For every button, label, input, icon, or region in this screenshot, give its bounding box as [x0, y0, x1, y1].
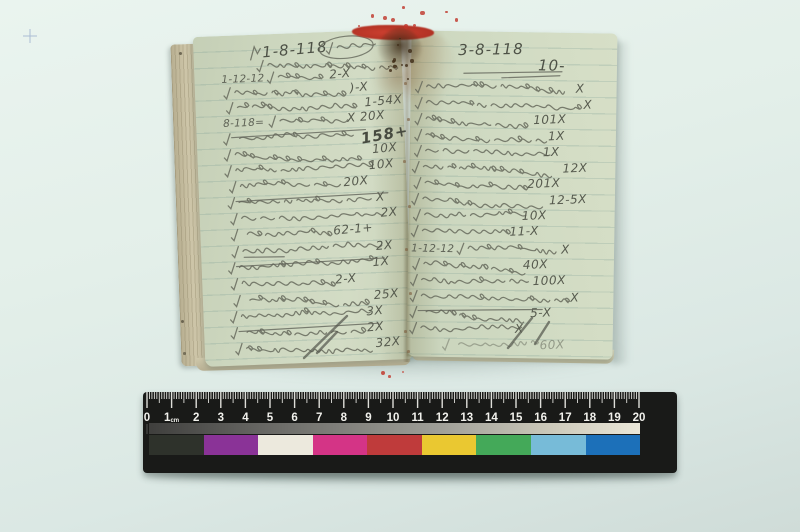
stain-speck	[408, 205, 411, 208]
stain-speck	[181, 320, 184, 323]
strike-mark	[239, 323, 379, 331]
line-squiggle	[415, 97, 581, 111]
color-patch	[313, 435, 368, 455]
line-annotation: 12-5X	[549, 192, 588, 207]
strike-mark	[236, 258, 384, 267]
right-page-ink: 3-8-118 10- XX101X1X1X12X201X12-5X10X11-…	[410, 38, 594, 353]
stain-speck	[405, 248, 408, 251]
line-squiggle	[415, 129, 547, 143]
line-annotation: 2X	[366, 319, 384, 334]
header-flourish	[250, 47, 260, 60]
line-squiggle	[231, 275, 335, 290]
line-squiggle	[415, 113, 528, 128]
line-annotation: 40X	[523, 257, 549, 272]
line-annotation: 2X	[380, 204, 398, 219]
stain-speck	[410, 59, 413, 62]
line-annotation: 1X	[548, 129, 566, 144]
stain-speck	[404, 330, 407, 333]
line-squiggle	[410, 290, 569, 303]
line-annotation: 1X	[542, 145, 560, 160]
stain-speck	[383, 16, 387, 20]
line-squiggle	[415, 145, 550, 158]
line-squiggle	[224, 83, 346, 100]
line-annotation: 25X	[373, 286, 399, 302]
ruler: 01cm234567891011121314151617181920	[143, 392, 677, 473]
stain-speck	[407, 350, 410, 353]
color-patch-row	[149, 435, 640, 455]
line-annotation: 5-X	[530, 305, 552, 320]
color-patch	[476, 435, 531, 455]
line-squiggle	[234, 291, 370, 311]
stain-speck	[408, 49, 412, 53]
line-squiggle	[410, 322, 522, 335]
line-annotation: 20X	[343, 173, 369, 189]
line-annotation: 60X	[539, 337, 565, 352]
line-squiggle	[413, 258, 525, 275]
line-annotation: 1X	[372, 254, 390, 269]
line-annotation: 11-X	[509, 224, 539, 239]
color-patch	[149, 435, 204, 455]
stain-speck	[409, 292, 412, 295]
line-annotation: 10X	[372, 140, 398, 156]
line-squiggle	[411, 274, 529, 287]
line-annotation: X	[582, 98, 593, 112]
color-patch	[258, 435, 313, 455]
line-squiggle	[236, 338, 373, 357]
line-annotation: 100X	[532, 273, 566, 288]
color-patch	[367, 435, 422, 455]
color-patch	[586, 435, 641, 455]
line-annotation: 10X	[368, 156, 394, 172]
line-annotation: 2X	[375, 238, 393, 253]
stain-speck	[388, 375, 391, 378]
color-patch	[204, 435, 259, 455]
line-squiggle	[229, 177, 340, 193]
line-squiggle	[410, 306, 524, 323]
line-squiggle	[443, 339, 539, 352]
line-squiggle	[231, 226, 332, 241]
grayscale-bar	[149, 423, 640, 434]
line-prefix: 8-118=	[223, 116, 265, 130]
strike-mark	[236, 193, 388, 202]
line-annotation: 32X	[375, 334, 401, 350]
line-annotation: 201X	[527, 176, 561, 191]
line-squiggle	[414, 177, 528, 190]
header-date-left: 1-8-118	[261, 38, 328, 62]
line-squiggle	[269, 113, 348, 127]
underline-mark	[244, 256, 284, 259]
stain-speck	[393, 65, 397, 69]
line-annotation: 10X	[521, 208, 547, 223]
stain-speck	[404, 24, 408, 28]
line-annotation: 2-X	[335, 271, 358, 287]
line-squiggle	[232, 241, 382, 258]
stain-smear	[372, 52, 424, 100]
line-squiggle	[457, 243, 556, 256]
stain-speck	[404, 82, 407, 85]
line-squiggle	[412, 193, 543, 208]
line-annotation: X	[574, 81, 585, 95]
line-squiggle	[230, 306, 370, 323]
header-date-right: 3-8-118	[458, 40, 524, 59]
line-squiggle	[267, 70, 323, 83]
line-annotation: 101X	[533, 112, 567, 127]
line-squiggle	[226, 98, 357, 114]
stain-speck	[420, 11, 424, 15]
stain-speck	[403, 160, 406, 163]
stain-speck	[381, 371, 385, 375]
strike-mark	[418, 308, 542, 313]
line-squiggle	[411, 225, 510, 238]
line-annotation: 3X	[366, 303, 384, 318]
line-prefix: 1-12-12	[221, 72, 265, 86]
stain-speck	[389, 69, 392, 72]
stain-speck	[407, 118, 410, 121]
stain-speck	[401, 64, 403, 66]
line-annotation: 62-1+	[333, 220, 374, 238]
stain-speck	[179, 52, 182, 55]
line-squiggle	[224, 145, 362, 166]
line-squiggle	[412, 161, 551, 177]
line-annotation: 2-X	[329, 66, 352, 82]
color-patch	[531, 435, 586, 455]
stain-speck	[402, 371, 404, 373]
stain-speck	[399, 38, 401, 40]
line-annotation: 12X	[562, 161, 588, 176]
stain-speck	[183, 352, 186, 355]
line-annotation: X	[374, 189, 385, 204]
line-annotation: X	[560, 242, 571, 256]
stain-speck	[445, 11, 447, 13]
line-annotation: )-X	[348, 79, 369, 95]
line-prefix: 1-12-12	[411, 242, 454, 255]
stain-speck	[402, 6, 405, 9]
line-annotation: X 20X	[345, 108, 385, 126]
photo-canvas: 1-8-118 158+ 1-12-122-X)-X1-54X8-118=X 2…	[0, 0, 800, 532]
strike-mark	[232, 130, 366, 138]
line-squiggle	[414, 208, 526, 223]
stain-speck	[455, 18, 459, 22]
stain-speck	[392, 60, 394, 62]
color-patch	[422, 435, 477, 455]
line-squiggle	[416, 81, 565, 95]
line-annotation: X	[569, 290, 580, 304]
